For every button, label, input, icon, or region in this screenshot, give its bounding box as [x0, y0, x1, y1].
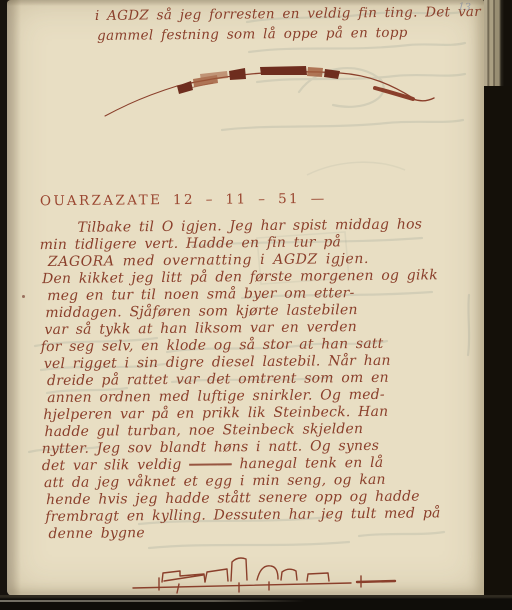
kasbah-skyline-sketch — [119, 552, 403, 600]
journal-line: denne bygne — [42, 522, 486, 543]
top-annotation-line-1: i AGDZ så jeg forresten en veldig fin ti… — [95, 2, 479, 26]
scanned-notebook-photo: 13 i AGDZ så jeg forresten en veldig fin… — [0, 0, 512, 610]
ink-dot — [22, 295, 25, 298]
stacked-page-edges — [484, 0, 512, 86]
hilltop-fortress-sketch — [95, 52, 447, 124]
journal-line-pre: det var slik veldig — [42, 457, 182, 474]
bottom-edge-highlight — [0, 600, 305, 602]
book-bottom-edge — [0, 595, 512, 610]
journal-line-post: hanegal tenk en lå — [239, 455, 383, 472]
struck-out-word: ——— — [189, 456, 232, 472]
book-fore-edge — [484, 0, 512, 610]
top-annotation: i AGDZ så jeg forresten en veldig fin ti… — [95, 2, 479, 46]
top-annotation-line-2: gammel festning som lå oppe på en topp — [95, 22, 479, 46]
journal-page: 13 i AGDZ så jeg forresten en veldig fin… — [7, 0, 484, 596]
journal-entry-text: Tilbake til O igjen. Jeg har spist midda… — [39, 216, 486, 543]
entry-heading: OUARZAZATE 12 – 11 – 51 — — [40, 191, 327, 210]
